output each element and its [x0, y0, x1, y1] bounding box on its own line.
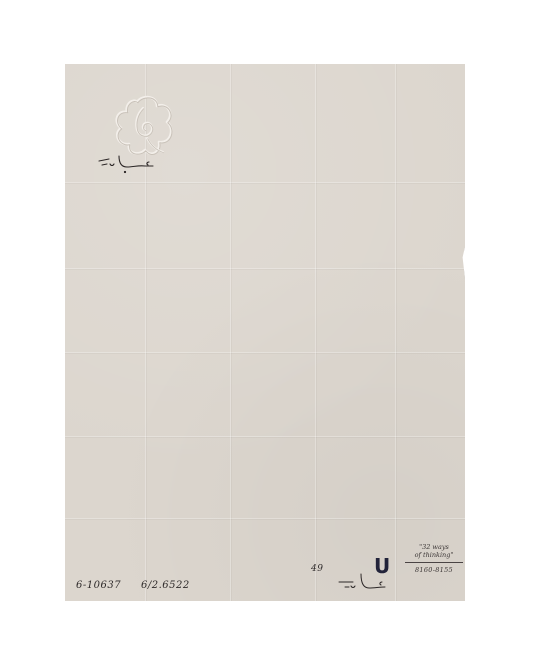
date-code: 6/2.6522	[141, 580, 190, 591]
page-number: 49	[311, 564, 323, 574]
divider	[405, 562, 463, 563]
fold-line	[65, 518, 465, 519]
fold-line	[315, 64, 316, 601]
fold-line	[395, 64, 396, 601]
fold-line	[65, 436, 465, 437]
title-line-1: "32 ways	[405, 543, 463, 551]
fold-line	[65, 352, 465, 353]
title-annotation: "32 ways of thinking" 8160-8155	[405, 543, 463, 574]
fold-line	[230, 64, 231, 601]
letterhead-paper: 6-10637 6/2.6522 49 U "32 ways of thinki…	[65, 64, 465, 601]
fold-line	[65, 268, 465, 269]
fold-line	[65, 182, 465, 183]
title-line-2: of thinking"	[405, 551, 463, 559]
signature-icon	[337, 572, 389, 594]
signature-icon	[97, 152, 157, 174]
inventory-number: 6-10637	[76, 580, 121, 591]
number-range: 8160-8155	[405, 566, 463, 574]
